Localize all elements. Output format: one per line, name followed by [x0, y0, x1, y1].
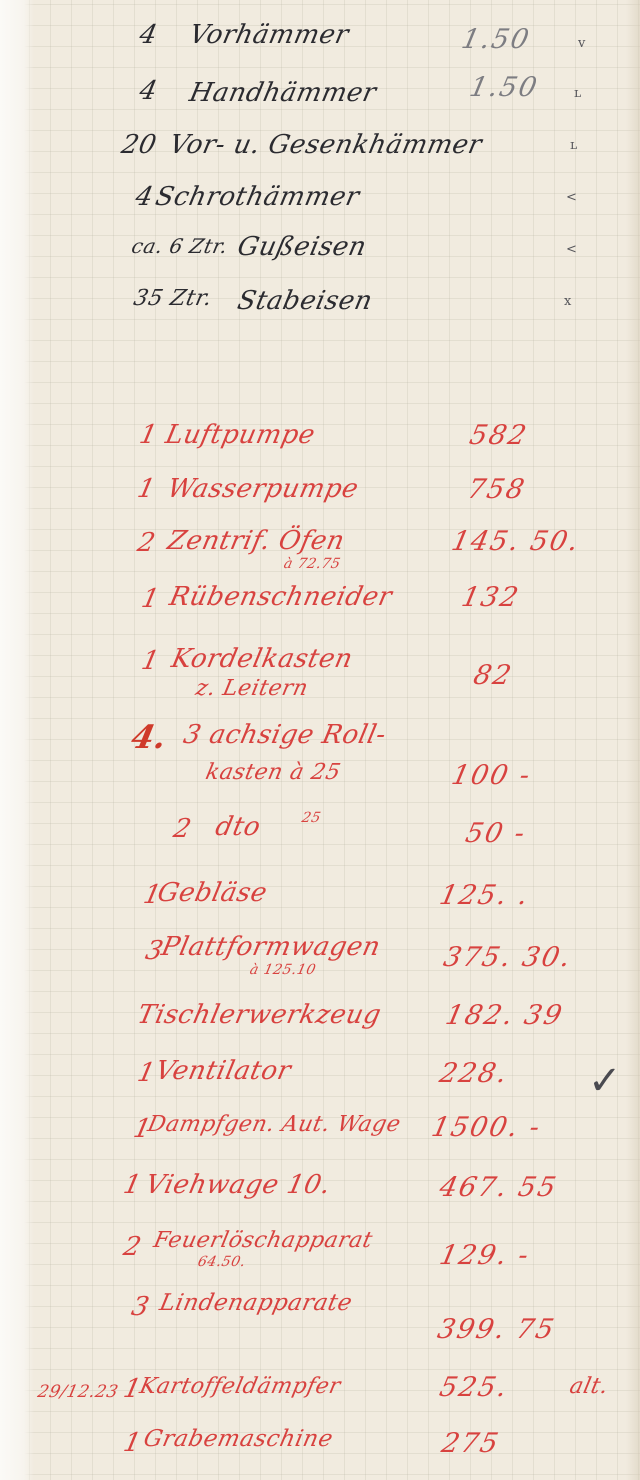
item-qty: 1 [135, 474, 158, 504]
item-amount: 275 [439, 1428, 503, 1459]
item-amount: 129. - [437, 1240, 533, 1271]
item-amount: 228. [437, 1058, 512, 1089]
item-description: Zentrif. Öfen [165, 526, 348, 556]
item-qty: 1 [139, 584, 162, 614]
item-description: Grabemaschine [141, 1426, 335, 1452]
check-mark-icon: ʟ [570, 138, 578, 153]
item-note: 64.50. [196, 1254, 247, 1270]
item-description: Luftpumpe [163, 420, 318, 450]
item-qty: 3 [129, 1292, 152, 1322]
check-mark-icon: v [578, 36, 586, 51]
item-qty: 2 [121, 1232, 144, 1262]
item-qty: 1 [139, 646, 162, 676]
item-description: 3 achsige Roll- [181, 720, 389, 750]
item-description: Rübenschneider [167, 582, 395, 612]
item-description: Handhämmer [187, 78, 379, 108]
item-qty: 2 [171, 814, 194, 844]
item-description: Wasserpumpe [165, 474, 361, 504]
page-left-margin [0, 0, 34, 1480]
item-qty: 4 [137, 76, 160, 106]
item-qty: 1 [121, 1170, 144, 1200]
item-description: Gebläse [155, 878, 270, 908]
item-qty: 2 [135, 528, 158, 558]
check-mark-icon: ʟ [574, 86, 582, 101]
item-description: Tischlerwerkzeug [135, 1000, 384, 1030]
item-description: Feuerlöschapparat [151, 1228, 375, 1253]
item-description: Kartoffeldämpfer [137, 1374, 343, 1399]
item-note: kasten à 25 [203, 760, 343, 785]
item-amount: 132 [459, 582, 523, 613]
item-amount: 50 - [463, 818, 530, 849]
item-description: Vorhämmer [187, 20, 352, 50]
check-mark-icon: x [564, 294, 572, 309]
page-right-edge [626, 0, 640, 1480]
item-qty: 35 Ztr. [131, 286, 214, 311]
item-note: à 125.10 [248, 962, 317, 978]
item-amount: 375. 30. [441, 942, 575, 973]
item-description: Plattformwagen [159, 932, 383, 962]
item-amount: 582 [467, 420, 531, 451]
item-description: Vor- u. Gesenkhämmer [167, 130, 485, 160]
item-amount: 182. 39 [443, 1000, 567, 1031]
check-mark-icon: < [566, 242, 577, 257]
graph-paper-page: 4 Vorhämmer 1.50 v 4 Handhämmer 1.50 ʟ 2… [0, 0, 640, 1480]
item-description: Lindenapparate [157, 1290, 355, 1316]
item-amount: 1.50 [467, 72, 542, 103]
item-amount: 100 - [449, 760, 535, 791]
item-note: 25 [300, 810, 322, 826]
item-amount: 145. 50. [449, 526, 583, 557]
item-qty: 1 [137, 420, 160, 450]
item-amount: 758 [465, 474, 529, 505]
item-note: à 72.75 [282, 556, 342, 572]
item-description: dto [213, 812, 264, 842]
item-amount: 1.50 [459, 24, 534, 55]
item-qty: 4. [128, 718, 170, 756]
item-amount: 525. [437, 1372, 512, 1403]
entry-date: 29/12.23 [36, 1382, 120, 1402]
item-description: Schrothämmer [153, 182, 362, 212]
item-description: Kordelkasten [169, 644, 356, 674]
item-description: Ventilator [153, 1056, 294, 1086]
item-qty: 20 [119, 130, 159, 160]
item-amount: 82 [471, 660, 516, 691]
item-amount: 125. . [437, 880, 533, 911]
item-amount: 399. 75 [435, 1314, 559, 1345]
item-note: z. Leitern [193, 676, 310, 701]
item-qty: 1 [121, 1428, 144, 1458]
item-remark: alt. [567, 1374, 610, 1399]
item-amount: 1500. - [429, 1112, 545, 1143]
item-description: Viehwage 10. [143, 1170, 334, 1200]
item-qty: 4 [137, 20, 160, 50]
item-amount: 467. 55 [437, 1172, 561, 1203]
check-mark-icon: < [566, 190, 577, 205]
item-description: Gußeisen [235, 232, 369, 262]
item-qty: ca. 6 Ztr. [129, 234, 230, 258]
item-description: Dampfgen. Aut. Wage [145, 1112, 403, 1137]
item-description: Stabeisen [235, 286, 375, 316]
checkmark-icon: ✓ [588, 1058, 622, 1104]
